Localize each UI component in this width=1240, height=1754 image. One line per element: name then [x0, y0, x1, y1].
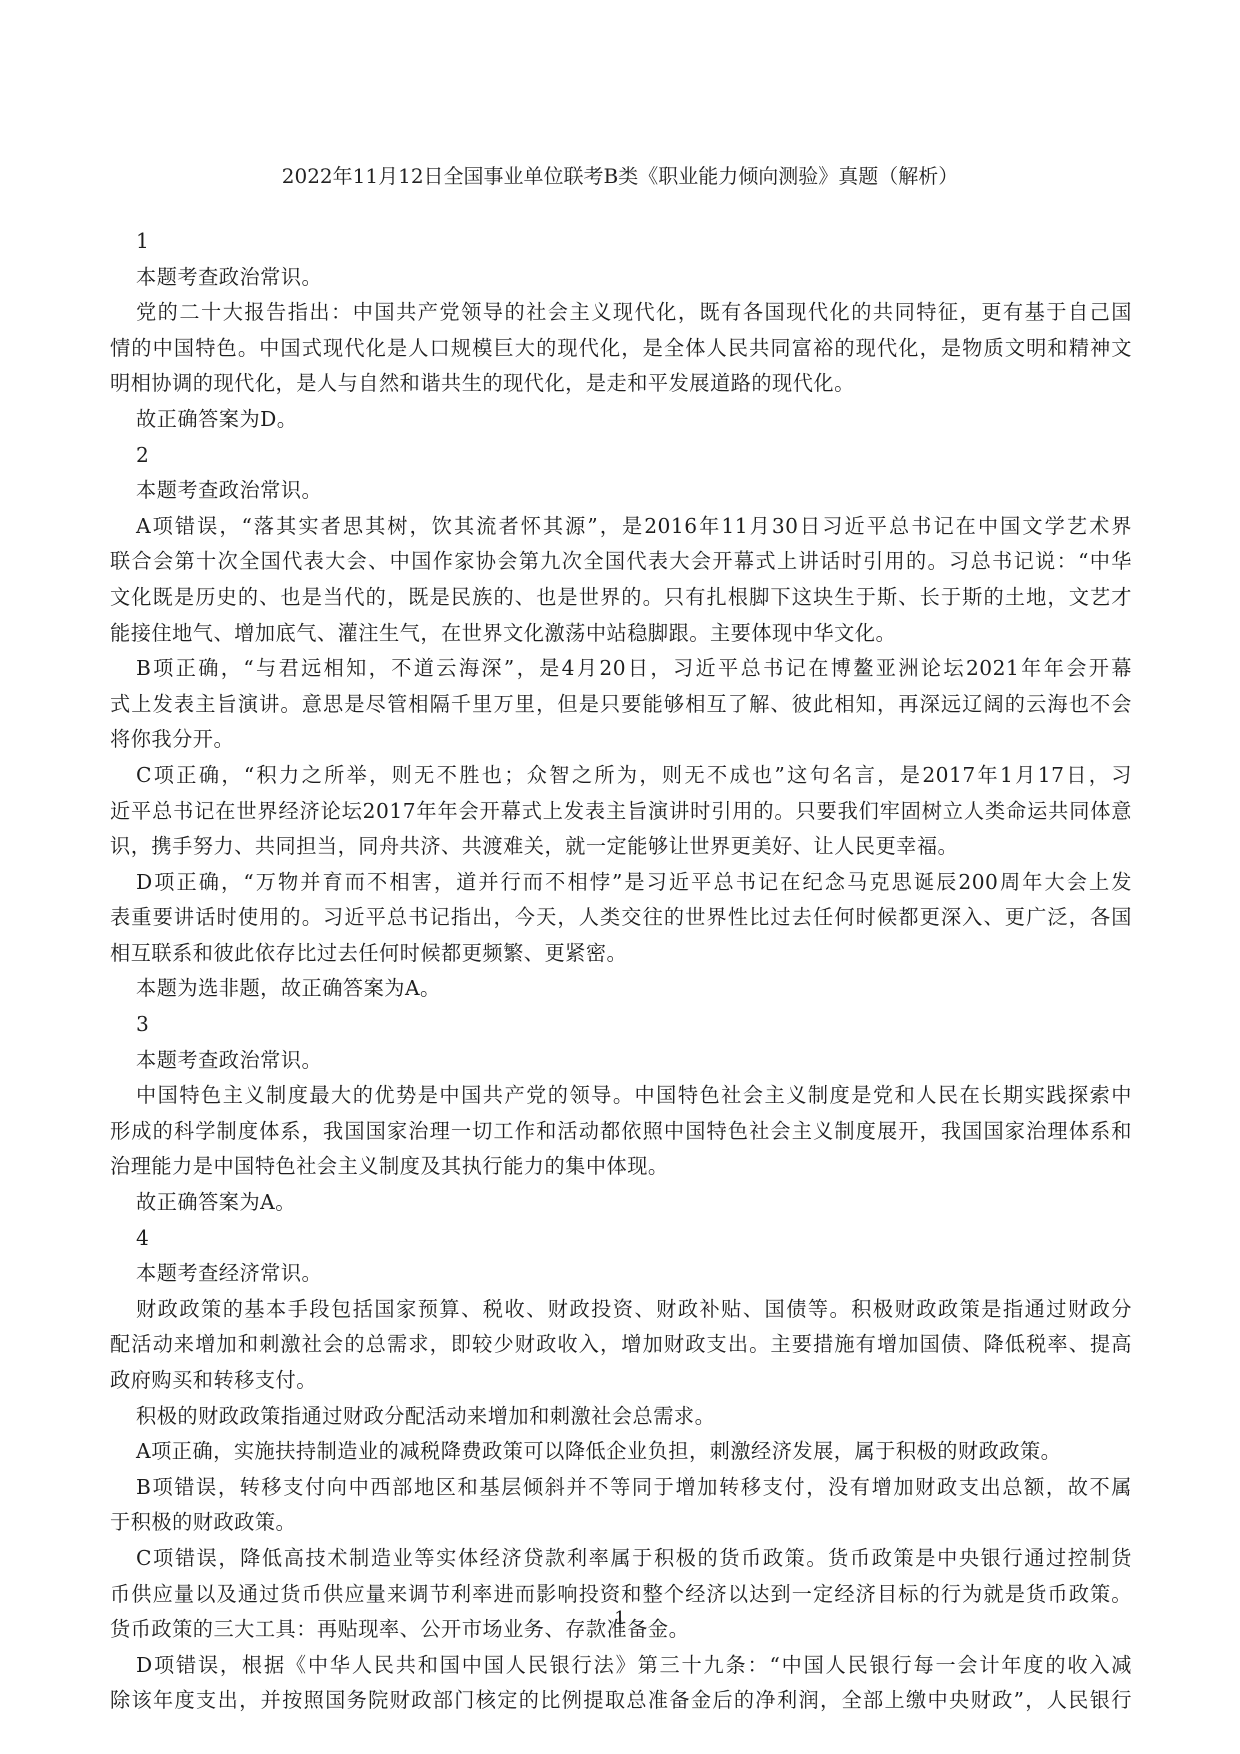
- paragraph-line: 故正确答案为D。: [110, 402, 1132, 438]
- paragraph-line: 中国特色主义制度最大的优势是中国共产党的领导。中国特色社会主义制度是党和人民在长…: [110, 1078, 1132, 1114]
- question-number: 3: [110, 1007, 1132, 1043]
- paragraph-line: A项正确，实施扶持制造业的减税降费政策可以降低企业负担，刺激经济发展，属于积极的…: [110, 1434, 1132, 1470]
- page-number: 1: [0, 1608, 1240, 1629]
- paragraph-line: D项错误，根据《中华人民共和国中国人民银行法》第三十九条：“中国人民银行每一会计…: [110, 1648, 1132, 1684]
- paragraph-line: 财政政策的基本手段包括国家预算、税收、财政投资、财政补贴、国债等。积极财政政策是…: [110, 1292, 1132, 1328]
- question-number: 2: [110, 438, 1132, 474]
- paragraph-line: 配活动来增加和刺激社会的总需求，即较少财政收入，增加财政支出。主要措施有增加国债…: [110, 1327, 1132, 1363]
- paragraph-line: B项错误，转移支付向中西部地区和基层倾斜并不等同于增加转移支付，没有增加财政支出…: [110, 1470, 1132, 1506]
- paragraph-line: 治理能力是中国特色社会主义制度及其执行能力的集中体现。: [110, 1149, 1132, 1185]
- paragraph-line: 本题考查政治常识。: [110, 473, 1132, 509]
- paragraph-line: 币供应量以及通过货币供应量来调节利率进而影响投资和整个经济以达到一定经济目标的行…: [110, 1577, 1132, 1613]
- question-number: 4: [110, 1221, 1132, 1257]
- paragraph-line: 本题考查政治常识。: [110, 260, 1132, 296]
- paragraph-line: 能接住地气、增加底气、灌注生气，在世界文化激荡中站稳脚跟。主要体现中华文化。: [110, 616, 1132, 652]
- paragraph-line: 本题为选非题，故正确答案为A。: [110, 971, 1132, 1007]
- paragraph-line: B项正确，“与君远相知，不道云海深”，是4月20日，习近平总书记在博鳌亚洲论坛2…: [110, 651, 1132, 687]
- paragraph-line: 故正确答案为A。: [110, 1185, 1132, 1221]
- paragraph-line: 识，携手努力、共同担当，同舟共济、共渡难关，就一定能够让世界更美好、让人民更幸福…: [110, 829, 1132, 865]
- paragraph-line: D项正确，“万物并育而不相害，道并行而不相悖”是习近平总书记在纪念马克思诞辰20…: [110, 865, 1132, 901]
- paragraph-line: A项错误，“落其实者思其树，饮其流者怀其源”，是2016年11月30日习近平总书…: [110, 509, 1132, 545]
- paragraph-line: 情的中国特色。中国式现代化是人口规模巨大的现代化，是全体人民共同富裕的现代化，是…: [110, 331, 1132, 367]
- paragraph-line: 联合会第十次全国代表大会、中国作家协会第九次全国代表大会开幕式上讲话时引用的。习…: [110, 544, 1132, 580]
- paragraph-line: 积极的财政政策指通过财政分配活动来增加和刺激社会总需求。: [110, 1399, 1132, 1435]
- paragraph-line: 明相协调的现代化，是人与自然和谐共生的现代化，是走和平发展道路的现代化。: [110, 366, 1132, 402]
- question-number: 1: [110, 224, 1132, 260]
- paragraph-line: 政府购买和转移支付。: [110, 1363, 1132, 1399]
- document-body: 1本题考查政治常识。党的二十大报告指出：中国共产党领导的社会主义现代化，既有各国…: [110, 224, 1132, 1719]
- paragraph-line: 文化既是历史的、也是当代的，既是民族的、也是世界的。只有扎根脚下这块生于斯、长于…: [110, 580, 1132, 616]
- paragraph-line: 式上发表主旨演讲。意思是尽管相隔千里万里，但是只要能够相互了解、彼此相知，再深远…: [110, 687, 1132, 723]
- paragraph-line: 表重要讲话时使用的。习近平总书记指出，今天，人类交往的世界性比过去任何时候都更深…: [110, 900, 1132, 936]
- paragraph-line: 于积极的财政政策。: [110, 1505, 1132, 1541]
- paragraph-line: C项错误，降低高技术制造业等实体经济贷款利率属于积极的货币政策。货币政策是中央银…: [110, 1541, 1132, 1577]
- paragraph-line: 将你我分开。: [110, 722, 1132, 758]
- paragraph-line: 相互联系和彼此依存比过去任何时候都更频繁、更紧密。: [110, 936, 1132, 972]
- document-title: 2022年11月12日全国事业单位联考B类《职业能力倾向测验》真题（解析）: [0, 160, 1240, 189]
- paragraph-line: C项正确，“积力之所举，则无不胜也；众智之所为，则无不成也”这句名言，是2017…: [110, 758, 1132, 794]
- paragraph-line: 形成的科学制度体系，我国国家治理一切工作和活动都依照中国特色社会主义制度展开，我…: [110, 1114, 1132, 1150]
- paragraph-line: 近平总书记在世界经济论坛2017年年会开幕式上发表主旨演讲时引用的。只要我们牢固…: [110, 794, 1132, 830]
- paragraph-line: 党的二十大报告指出：中国共产党领导的社会主义现代化，既有各国现代化的共同特征，更…: [110, 295, 1132, 331]
- paragraph-line: 除该年度支出，并按照国务院财政部门核定的比例提取总准备金后的净利润，全部上缴中央…: [110, 1683, 1132, 1719]
- paragraph-line: 本题考查经济常识。: [110, 1256, 1132, 1292]
- paragraph-line: 本题考查政治常识。: [110, 1043, 1132, 1079]
